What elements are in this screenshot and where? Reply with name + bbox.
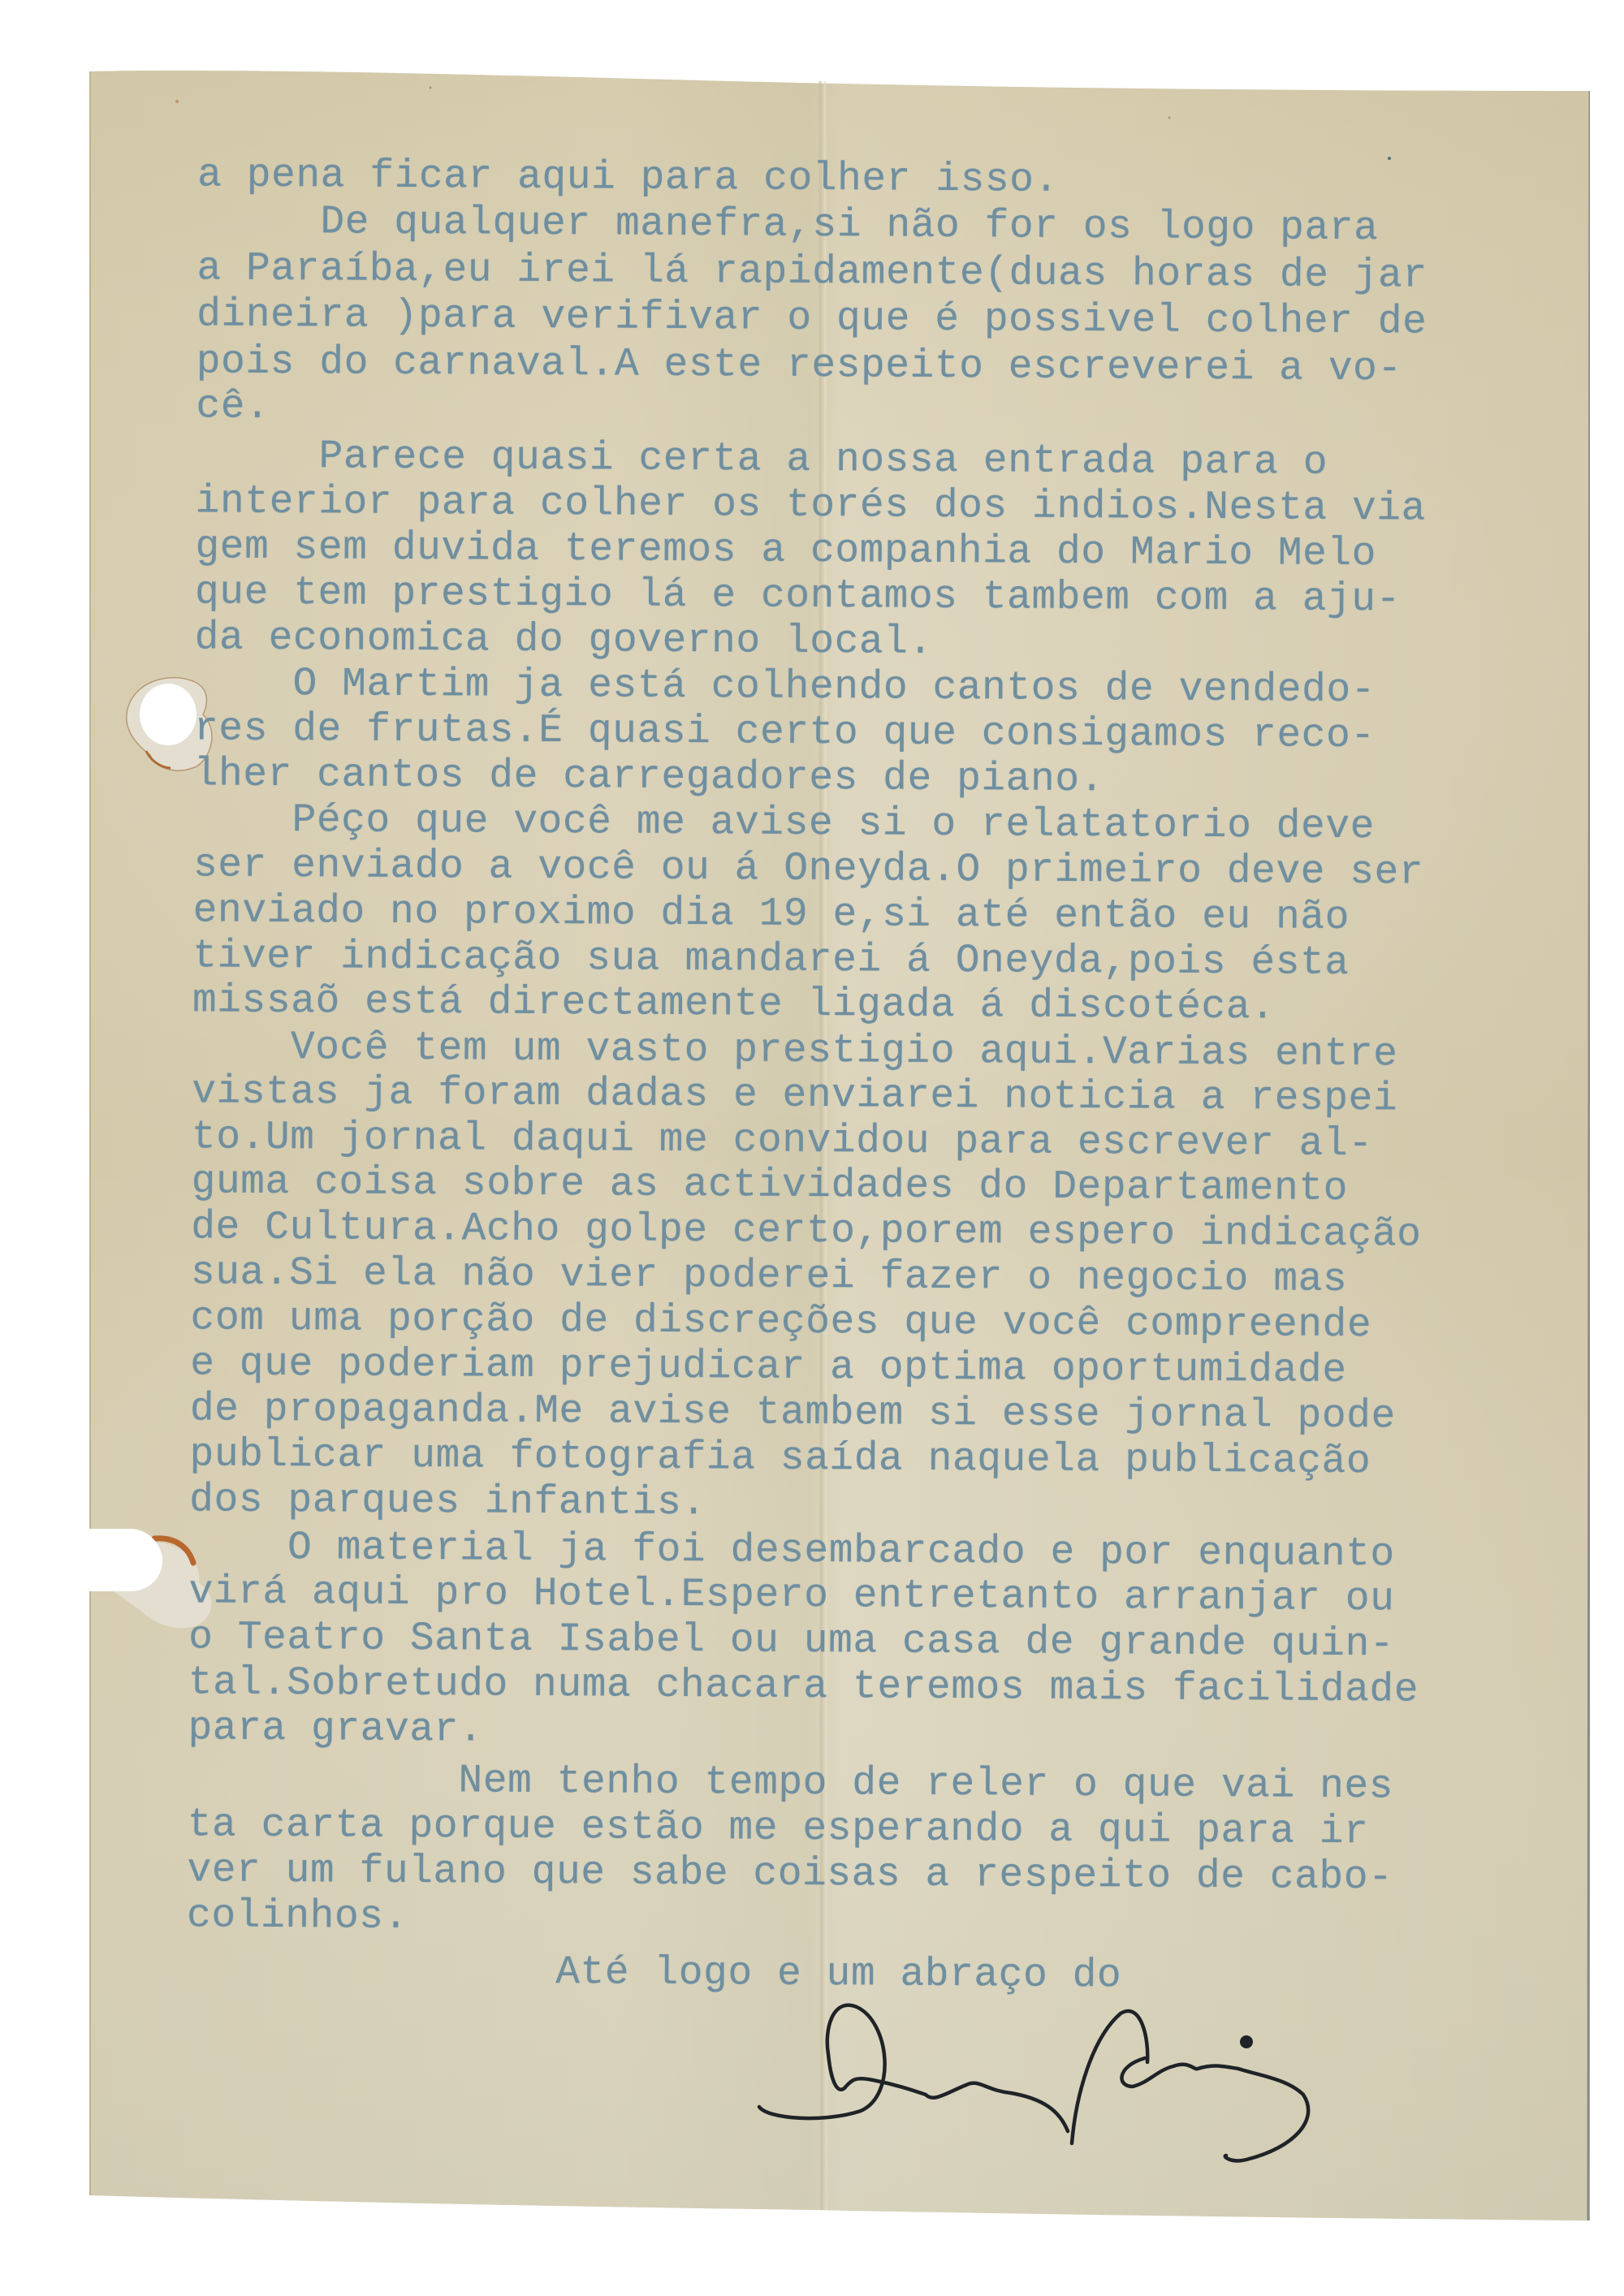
letter-line: com uma porção de discreções que você co… bbox=[190, 1298, 1371, 1345]
letter-line: para gravar. bbox=[188, 1708, 483, 1750]
letter-line: Parece quasi certa a nossa entrada para … bbox=[196, 436, 1328, 483]
letter-line: missaõ está directamente ligada á discot… bbox=[192, 981, 1276, 1028]
letter-line: tal.Sobretudo numa chacara teremos mais … bbox=[188, 1663, 1419, 1711]
letter-line: O Martim ja está colhendo cantos de vend… bbox=[194, 663, 1376, 710]
letter-line: guma coisa sobre as actividades do Depar… bbox=[191, 1162, 1348, 1209]
letter-line: da economica do governo local. bbox=[195, 618, 933, 662]
letter-line: res de frutas.É quasi certo que consigam… bbox=[194, 709, 1376, 756]
letter-line: Você tem um vasto prestigio aqui.Varias … bbox=[192, 1027, 1398, 1075]
letter-line: publicar uma fotografia saída naquela pu… bbox=[189, 1435, 1371, 1482]
letter-line: lher cantos de carregadores de piano. bbox=[194, 754, 1105, 800]
letter-line: o Teatro Santa Isabel ou uma casa de gra… bbox=[188, 1617, 1394, 1665]
letter-line: to.Um jornal daqui me convidou para escr… bbox=[192, 1117, 1373, 1164]
letter-line: Nem tenho tempo de reler o que vai nes bbox=[188, 1759, 1393, 1807]
letter-line: dos parques infantis. bbox=[189, 1480, 706, 1523]
letter-line: ser enviado a você ou á Oneyda.O primeir… bbox=[193, 845, 1424, 893]
letter-body: a pena ficar aqui para colher isso. De q… bbox=[0, 0, 1624, 2296]
letter-line: tiver indicação sua mandarei á Oneyda,po… bbox=[192, 936, 1350, 983]
letter-line: enviado no proximo dia 19 e,si até então… bbox=[193, 891, 1350, 938]
letter-line: vistas ja foram dadas e enviarei noticia… bbox=[192, 1072, 1397, 1120]
letter-line: cê. bbox=[196, 386, 270, 427]
letter-line: O material ja foi desembarcado e por enq… bbox=[189, 1527, 1395, 1575]
letter-line: sua.Si ela não vier poderei fazer o nego… bbox=[191, 1253, 1348, 1300]
page-margin-right bbox=[1590, 0, 1624, 2296]
letter-line: Péço que você me avise si o relatatorio … bbox=[193, 800, 1375, 847]
letter-line: e que poderiam prejudicar a optima oport… bbox=[190, 1344, 1347, 1391]
letter-line: a pena ficar aqui para colher isso. bbox=[197, 155, 1059, 201]
handwritten-signature-icon bbox=[735, 1973, 1368, 2184]
letter-line: dineira )para verifivar o que é possivel… bbox=[197, 295, 1427, 343]
letter-line: interior para colher os torés dos indios… bbox=[196, 481, 1427, 529]
letter-line: ver um fulano que sabe coisas a respeito… bbox=[187, 1850, 1393, 1898]
letter-line: que tem prestigio lá e contamos tambem c… bbox=[195, 572, 1401, 620]
letter-line: ta carta porque estão me esperando a qui… bbox=[188, 1805, 1369, 1852]
letter-line: virá aqui pro Hotel.Espero entretanto ar… bbox=[188, 1572, 1394, 1620]
letter-line: a Paraíba,eu irei lá rapidamente(duas ho… bbox=[197, 248, 1427, 296]
signature bbox=[735, 1973, 1368, 2188]
letter-line: gem sem duvida teremos a companhia do Ma… bbox=[195, 527, 1376, 574]
letter-line: colinhos. bbox=[187, 1896, 408, 1937]
letter-line: De qualquer manefra,si não for os logo p… bbox=[197, 201, 1379, 248]
letter-line: pois do carnaval.A este respeito escreve… bbox=[197, 342, 1402, 390]
letter-line: de Cultura.Acho golpe certo,porem espero… bbox=[191, 1207, 1422, 1255]
letter-line: de propaganda.Me avise tambem si esse jo… bbox=[190, 1389, 1396, 1437]
